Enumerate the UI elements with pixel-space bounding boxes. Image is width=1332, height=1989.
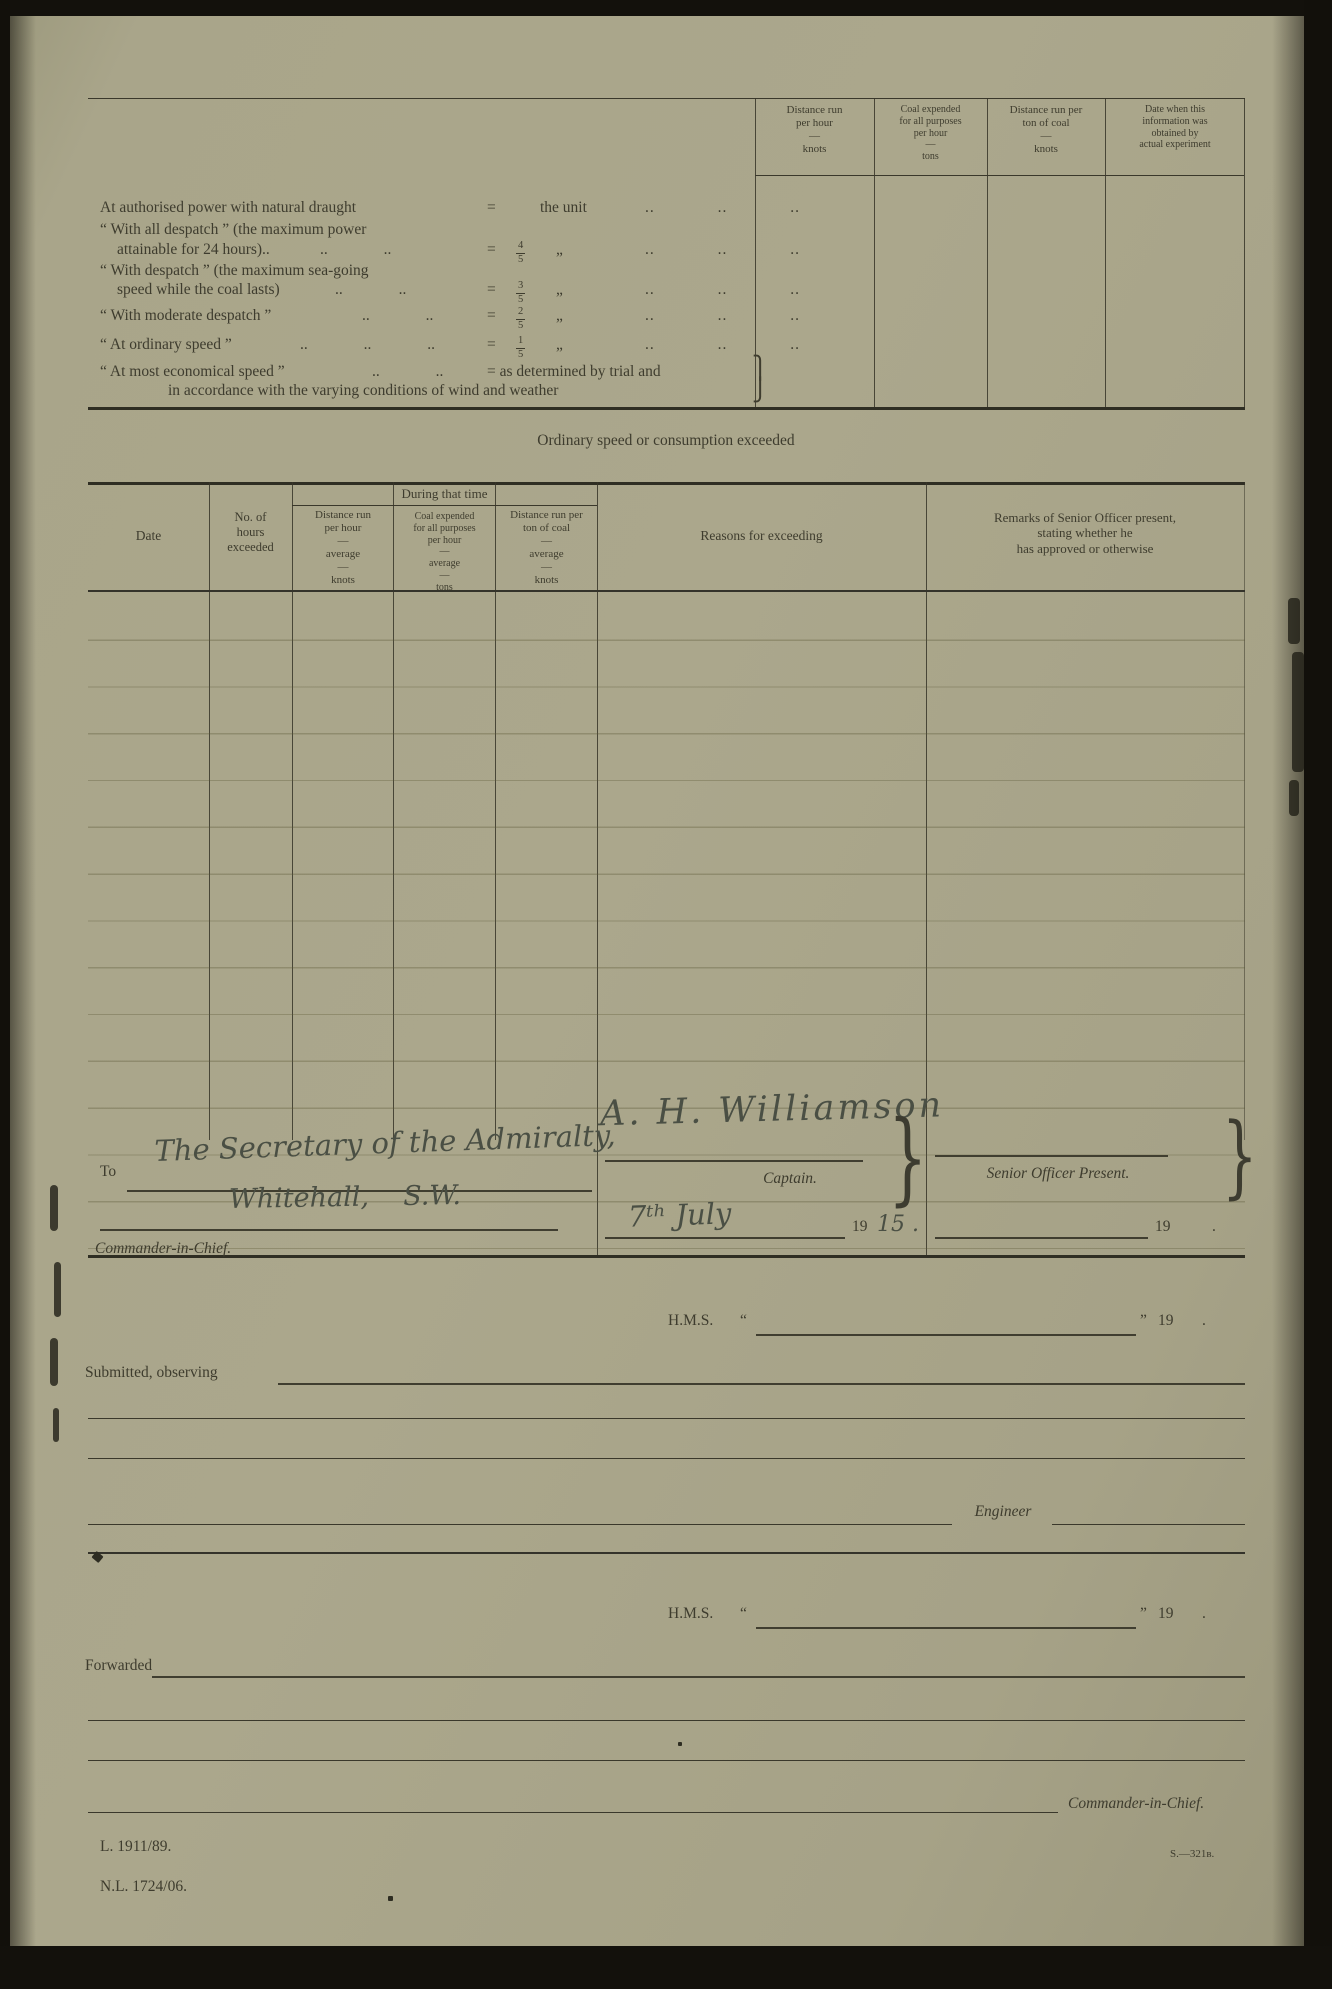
binding-ink-mark: [50, 1338, 58, 1386]
form-number: S.—321ʙ.: [1170, 1848, 1214, 1861]
fraction-numerator: 4: [516, 241, 525, 254]
brace-upper: ⎫: [752, 358, 769, 380]
def-row6-text: “ With moderate despatch ”: [100, 307, 271, 326]
header-date: Date: [88, 528, 209, 544]
hms-name-line-2: [756, 1627, 1136, 1629]
header-distance-per-ton: Distance run per ton of coal — average —…: [496, 509, 597, 587]
dot-leaders: .. .. ..: [645, 336, 800, 354]
fraction-denominator: 5: [516, 254, 525, 266]
hms-close-quote-2: ”: [1140, 1605, 1147, 1624]
hms-label-1: H.M.S.: [668, 1312, 713, 1331]
mini-table-vline: [874, 98, 875, 408]
senior-officer-label: Senior Officer Present.: [938, 1165, 1178, 1184]
fraction-numerator: 1: [516, 336, 525, 349]
def-row4-text: “ With despatch ” (the maximum sea-going: [100, 262, 369, 281]
dot-leaders: .. ..: [362, 307, 433, 325]
dot-leaders: .. ..: [335, 281, 406, 299]
hms-year-dot-1: .: [1202, 1312, 1206, 1331]
captain-label: Captain.: [700, 1170, 880, 1189]
blank-line: [88, 1418, 1245, 1419]
def-row3-text: attainable for 24 hours)..: [117, 241, 270, 260]
fraction-4-5: 45: [516, 241, 525, 265]
def-row5-text: speed while the coal lasts): [117, 281, 280, 300]
engineer-label: Engineer: [956, 1503, 1050, 1522]
ditto-mark: „: [556, 336, 563, 355]
main-table-top-rule: [88, 482, 1245, 485]
def-row1-eq: =: [487, 199, 496, 218]
captain-signature-underline: [605, 1160, 863, 1162]
fraction-denominator: 5: [516, 320, 525, 332]
mini-table-vline: [1244, 98, 1245, 408]
hms-year-1: 19: [1158, 1312, 1174, 1331]
header-distance-per-hour: Distance run per hour — average — knots: [293, 509, 393, 587]
engineer-line-left: [88, 1524, 952, 1525]
dot-leaders: .. ..: [320, 241, 391, 259]
hms-label-2: H.M.S.: [668, 1605, 713, 1624]
handwritten-year-15: 15 .: [877, 1212, 919, 1237]
to-label: To: [100, 1163, 116, 1182]
def-row2-text: “ With all despatch ” (the maximum power: [100, 221, 366, 240]
def-row3-eq: =: [487, 241, 496, 260]
senior-officer-brace: }: [1222, 1112, 1258, 1202]
to-address-underline2: [100, 1229, 558, 1231]
forwarded-label: Forwarded: [85, 1657, 152, 1676]
hms-open-quote-2: “: [740, 1605, 747, 1624]
binding-ink-mark: [54, 1262, 61, 1317]
engineer-line-right: [1052, 1524, 1245, 1525]
blank-line: [88, 1760, 1245, 1761]
commander-in-chief-label-2: Commander-in-Chief.: [1068, 1795, 1204, 1814]
def-row7-text: “ At ordinary speed ”: [100, 336, 232, 355]
ink-speck: [388, 1896, 393, 1901]
frame-top: [0, 0, 1332, 16]
hms-name-line-1: [756, 1334, 1136, 1336]
ditto-mark: „: [556, 307, 563, 326]
dot-leaders: .. .. ..: [645, 241, 800, 259]
header-coal-expended: Coal expended for all purposes per hour …: [394, 511, 495, 594]
mini-table-vline: [1105, 98, 1106, 408]
frame-bottom: [0, 1946, 1332, 1989]
def-row7-eq: =: [487, 336, 496, 355]
header-hours-exceeded: No. of hours exceeded: [209, 510, 292, 554]
page-curl-mark: [1289, 780, 1299, 816]
during-underline: [292, 505, 597, 506]
forwarded-line: [152, 1676, 1245, 1678]
brace-lower: ⎭: [752, 380, 769, 402]
header-reasons: Reasons for exceeding: [597, 528, 926, 544]
printed-year-19: 19: [852, 1218, 868, 1237]
left-edge-shadow: [10, 16, 36, 1946]
hms-close-quote-1: ”: [1140, 1312, 1147, 1331]
blank-line: [88, 1458, 1245, 1459]
date-underline: [605, 1237, 845, 1239]
mini-table-vline: [987, 98, 988, 408]
senior-printed-year: 19: [1155, 1218, 1171, 1237]
submitted-line: [278, 1383, 1245, 1385]
top-rule: [88, 98, 1245, 99]
mini-col-coal-expended: Coal expended for all purposes per hour …: [876, 104, 985, 163]
frame-left: [0, 0, 10, 1989]
hms-year-dot-2: .: [1202, 1605, 1206, 1624]
fraction-denominator: 5: [516, 294, 525, 306]
definitions-bottom-rule: [88, 407, 1245, 410]
dot-leaders: .. .. ..: [645, 281, 800, 299]
commander-in-chief-label: Commander-in-Chief.: [95, 1240, 231, 1259]
def-row8-text: “ At most economical speed ”: [100, 363, 285, 382]
dot-leaders: .. .. ..: [645, 307, 800, 325]
senior-year-dot: .: [1212, 1218, 1216, 1237]
right-edge-shadow: [1272, 16, 1304, 1946]
def-row9-text: in accordance with the varying condition…: [168, 382, 558, 401]
hms-open-quote-1: “: [740, 1312, 747, 1331]
fraction-numerator: 3: [516, 281, 525, 294]
handwritten-date: 7ᵗʰ July: [627, 1196, 731, 1234]
def-row8-value: = as determined by trial and: [487, 363, 661, 382]
handwritten-to-address-line2: Whitehall, S.W.: [175, 1179, 515, 1216]
ditto-mark: „: [556, 281, 563, 300]
frame-right: [1304, 0, 1332, 1989]
senior-year-underline: [935, 1237, 1148, 1239]
blank-line: [88, 1720, 1245, 1721]
captain-brace: }: [888, 1108, 927, 1208]
fraction-numerator: 2: [516, 307, 525, 320]
submitted-observing-label: Submitted, observing: [85, 1364, 218, 1383]
dot-leaders: .. ..: [372, 363, 443, 381]
def-row5-eq: =: [487, 281, 496, 300]
fraction-1-5: 15: [516, 336, 525, 360]
dot-leaders: .. .. ..: [645, 199, 800, 217]
header-bottom-rule: [88, 590, 1245, 592]
commander-signature-line: [88, 1812, 1058, 1813]
def-row6-eq: =: [487, 307, 496, 326]
mini-col-distance-per-ton: Distance run per ton of coal — knots: [989, 104, 1103, 156]
main-table-title: Ordinary speed or consumption exceeded: [416, 432, 916, 451]
header-remarks: Remarks of Senior Officer present, stati…: [926, 510, 1244, 556]
hms-year-2: 19: [1158, 1605, 1174, 1624]
def-row1-text: At authorised power with natural draught: [100, 199, 356, 218]
ditto-mark: „: [556, 241, 563, 260]
fraction-2-5: 25: [516, 307, 525, 331]
form-reference-2: N.L. 1724/06.: [100, 1878, 187, 1897]
binding-ink-mark: [50, 1185, 58, 1231]
mini-col-date-experiment: Date when this information was obtained …: [1107, 104, 1243, 151]
mini-col-distance-per-hour: Distance run per hour — knots: [757, 104, 872, 156]
ink-speck: [678, 1742, 682, 1746]
binding-ink-mark: [53, 1408, 59, 1442]
page-curl-mark: [1288, 598, 1300, 644]
fraction-denominator: 5: [516, 349, 525, 361]
dot-leaders: .. .. ..: [300, 336, 435, 354]
senior-officer-underline: [935, 1155, 1168, 1157]
scanned-form-page: Distance run per hour — knots Coal expen…: [0, 0, 1332, 1989]
page-curl-mark: [1292, 652, 1304, 772]
during-that-time-header: During that time: [292, 486, 597, 501]
fraction-3-5: 35: [516, 281, 525, 305]
def-row1-value: the unit: [540, 199, 587, 218]
form-reference-1: L. 1911/89.: [100, 1838, 171, 1857]
section-divider-thick: [88, 1552, 1245, 1554]
mini-table-header-rule: [755, 175, 1244, 176]
main-table-bottom-rule: [88, 1255, 1245, 1258]
